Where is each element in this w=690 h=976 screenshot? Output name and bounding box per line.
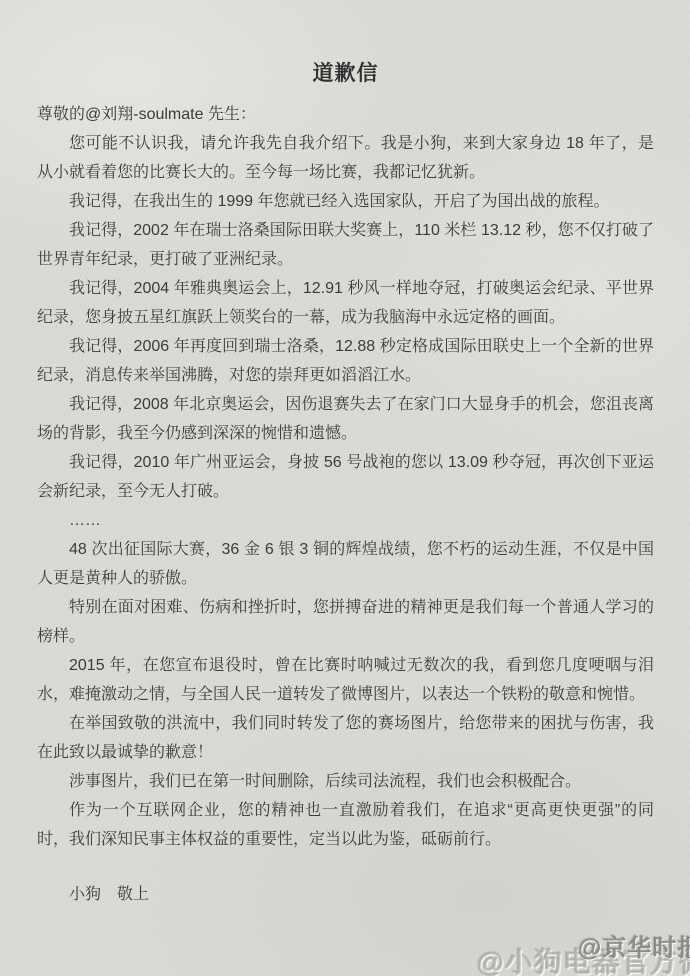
letter-paragraph-2006: 我记得，2006 年再度回到瑞士洛桑，12.88 秒定格成国际田联史上一个全新的… bbox=[37, 332, 654, 390]
letter-paragraph-apology: 在举国致敬的洪流中，我们同时转发了您的赛场图片，给您带来的困扰与伤害，我在此致以… bbox=[37, 709, 654, 767]
letter-paragraph-intro: 您可能不认识我，请允许我先自我介绍下。我是小狗，来到大家身边 18 年了，是从小… bbox=[37, 129, 654, 187]
letter-paragraph-career: 48 次出征国际大赛，36 金 6 银 3 铜的辉煌战绩，您不朽的运动生涯，不仅… bbox=[37, 535, 654, 593]
watermark-jinghua-times: @京华时报 bbox=[578, 928, 690, 963]
letter-paragraph-deletion: 涉事图片，我们已在第一时间删除，后续司法流程，我们也会积极配合。 bbox=[37, 767, 654, 796]
letter-paragraph-2004: 我记得，2004 年雅典奥运会上，12.91 秒风一样地夺冠，打破奥运会纪录、平… bbox=[37, 274, 654, 332]
letter-paragraph-1999: 我记得，在我出生的 1999 年您就已经入选国家队，开启了为国出战的旅程。 bbox=[37, 187, 654, 216]
letter-paragraph-company: 作为一个互联网企业，您的精神也一直激励着我们，在追求“更高更快更强”的同时，我们… bbox=[37, 796, 654, 854]
letter-paragraph-2010: 我记得，2010 年广州亚运会，身披 56 号战袍的您以 13.09 秒夺冠，再… bbox=[37, 448, 654, 506]
letter-paragraph-2015: 2015 年，在您宣布退役时，曾在比赛时呐喊过无数次的我，看到您几度哽咽与泪水，… bbox=[37, 651, 654, 709]
letter-salutation: 尊敬的@刘翔-soulmate 先生： bbox=[37, 100, 654, 129]
letter-signature: 小狗 敬上 bbox=[37, 880, 654, 909]
letter-paragraph-spirit: 特别在面对困难、伤病和挫折时，您拼搏奋进的精神更是我们每一个普通人学习的榜样。 bbox=[37, 593, 654, 651]
letter-title: 道歉信 bbox=[37, 60, 654, 88]
apology-letter-page: 道歉信 尊敬的@刘翔-soulmate 先生： 您可能不认识我，请允许我先自我介… bbox=[0, 0, 690, 976]
letter-paragraph-ellipsis: …… bbox=[37, 506, 654, 535]
letter-paragraph-2002: 我记得，2002 年在瑞士洛桑国际田联大奖赛上，110 米栏 13.12 秒，您… bbox=[37, 216, 654, 274]
watermark-xiaogou-weibo: @小狗电器官方微博 bbox=[477, 941, 690, 976]
letter-paragraph-2008: 我记得，2008 年北京奥运会，因伤退赛失去了在家门口大显身手的机会，您沮丧离场… bbox=[37, 390, 654, 448]
letter-content: 道歉信 尊敬的@刘翔-soulmate 先生： 您可能不认识我，请允许我先自我介… bbox=[0, 0, 690, 909]
